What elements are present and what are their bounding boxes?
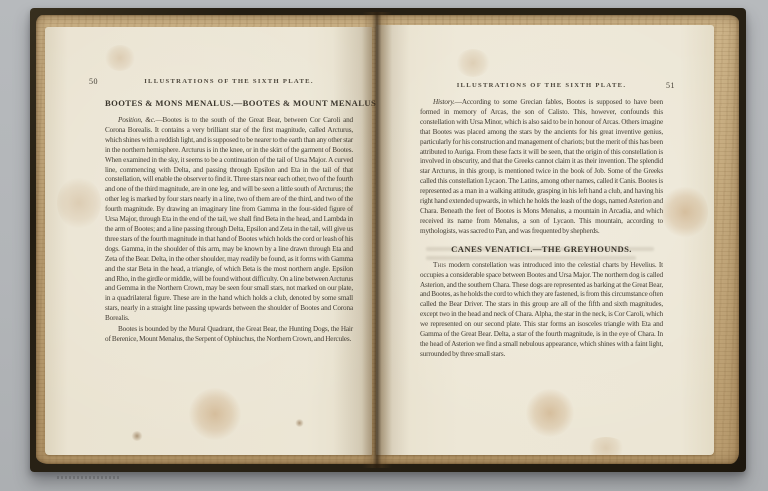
running-head-right: ILLUSTRATIONS OF THE SIXTH PLATE.	[420, 82, 663, 89]
watermark-smudge	[57, 476, 119, 479]
foxing-speck	[295, 419, 304, 427]
paragraph-lead-history: History.	[433, 98, 455, 106]
left-text-block: BOOTES & MONS MENALUS.—BOOTES & MOUNT ME…	[105, 98, 353, 345]
paragraph-body: modern constellation was introduced into…	[420, 261, 663, 358]
page-number-left: 50	[89, 77, 98, 86]
foxing-speck	[131, 431, 143, 441]
foxing-stain	[105, 45, 135, 71]
paragraph-lead-position: Position, &c.	[118, 116, 155, 124]
book: 50 ILLUSTRATIONS OF THE SIXTH PLATE. BOO…	[30, 8, 746, 472]
foxing-stain	[526, 389, 574, 437]
foxing-stain	[57, 177, 101, 229]
left-page: 50 ILLUSTRATIONS OF THE SIXTH PLATE. BOO…	[45, 27, 372, 455]
paragraph-dash: —	[455, 98, 462, 106]
page-number-right: 51	[666, 81, 675, 90]
paragraph-canes-venatici: This modern constellation was introduced…	[420, 261, 663, 360]
section-title-bootes: BOOTES & MONS MENALUS.—BOOTES & MOUNT ME…	[105, 98, 353, 108]
foxing-stain	[456, 49, 490, 77]
foxing-stain	[189, 388, 241, 440]
paragraph-position: Position, &c.—Bootes is to the south of …	[105, 116, 353, 324]
foxing-stain	[662, 185, 708, 239]
paragraph-lead-this: This	[433, 261, 446, 269]
right-text-block: History.—According to some Grecian fable…	[420, 98, 663, 360]
paragraph-history: History.—According to some Grecian fable…	[420, 98, 663, 237]
running-head-left: ILLUSTRATIONS OF THE SIXTH PLATE.	[105, 78, 353, 85]
paragraph-boundaries: Bootes is bounded by the Mural Quadrant,…	[105, 325, 353, 345]
paragraph-body: According to some Grecian fables, Bootes…	[420, 98, 663, 235]
section-title-canes-venatici: CANES VENATICI.—THE GREYHOUNDS.	[420, 244, 663, 254]
right-page: ILLUSTRATIONS OF THE SIXTH PLATE. 51 His…	[376, 25, 714, 455]
paragraph-body: Bootes is to the south of the Great Bear…	[105, 116, 353, 322]
